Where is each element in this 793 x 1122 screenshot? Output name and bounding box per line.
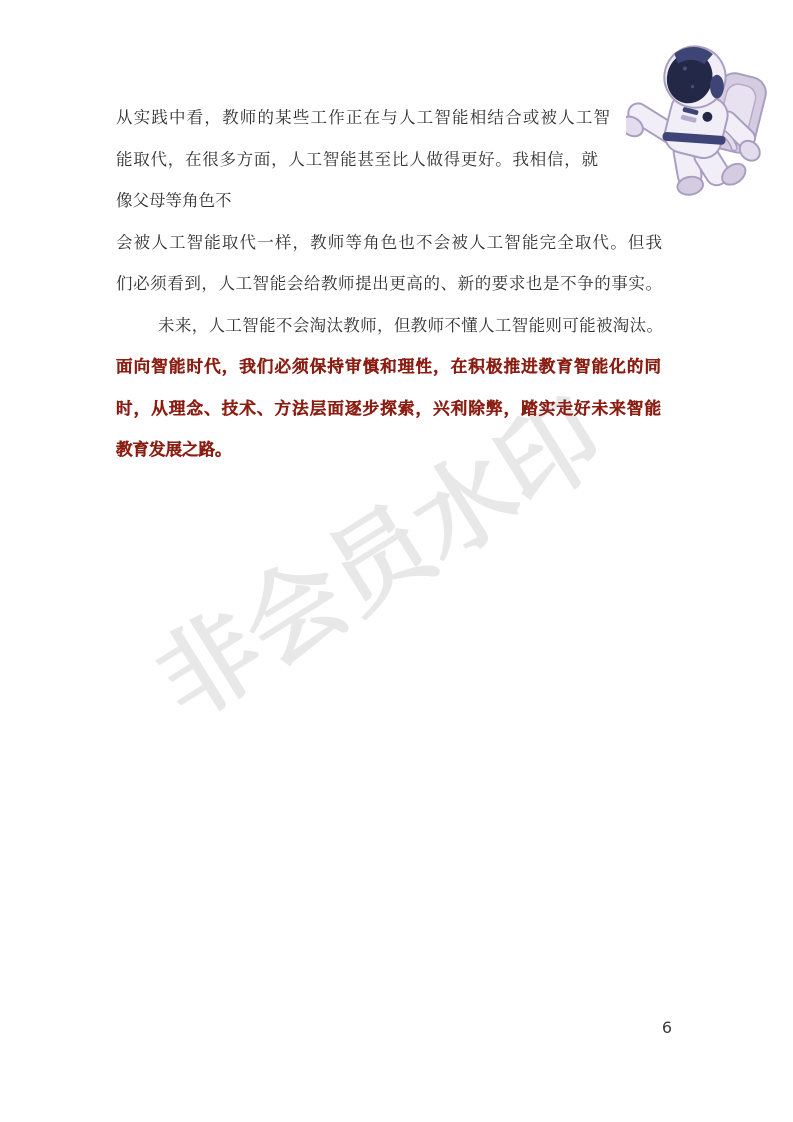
para1-line1: 从实践中看，教师的某些工作正在与人工智能相结合或被人工智	[116, 97, 610, 139]
para2-line1: 会被人工智能取代一样，教师等角色也不会被人工智能完全取代。但我	[116, 222, 662, 264]
para2-line2: 们必须看到，人工智能会给教师提出更高的、新的要求也是不争的事实。	[116, 263, 662, 305]
document-page: 非会员水印	[0, 0, 793, 1122]
para1-line2: 能取代，在很多方面，人工智能甚至比人做得更好。我相信，就	[116, 139, 598, 181]
emphasis-line1: 面向智能时代，我们必须保持审慎和理性，在积极推进教育智能化的同	[116, 346, 661, 388]
emphasis-line2: 时，从理念、技术、方法层面逐步探索，兴利除弊，踏实走好未来智能	[116, 388, 661, 430]
document-body: 从实践中看，教师的某些工作正在与人工智能相结合或被人工智 能取代，在很多方面，人…	[116, 97, 676, 471]
emphasis-line3: 教育发展之路。	[116, 429, 676, 471]
para3-line1: 未来，人工智能不会淘汰教师，但教师不懂人工智能则可能被淘汰。	[158, 305, 663, 347]
page-number: 6	[655, 1018, 679, 1037]
para1-line3: 像父母等角色不	[116, 180, 676, 222]
